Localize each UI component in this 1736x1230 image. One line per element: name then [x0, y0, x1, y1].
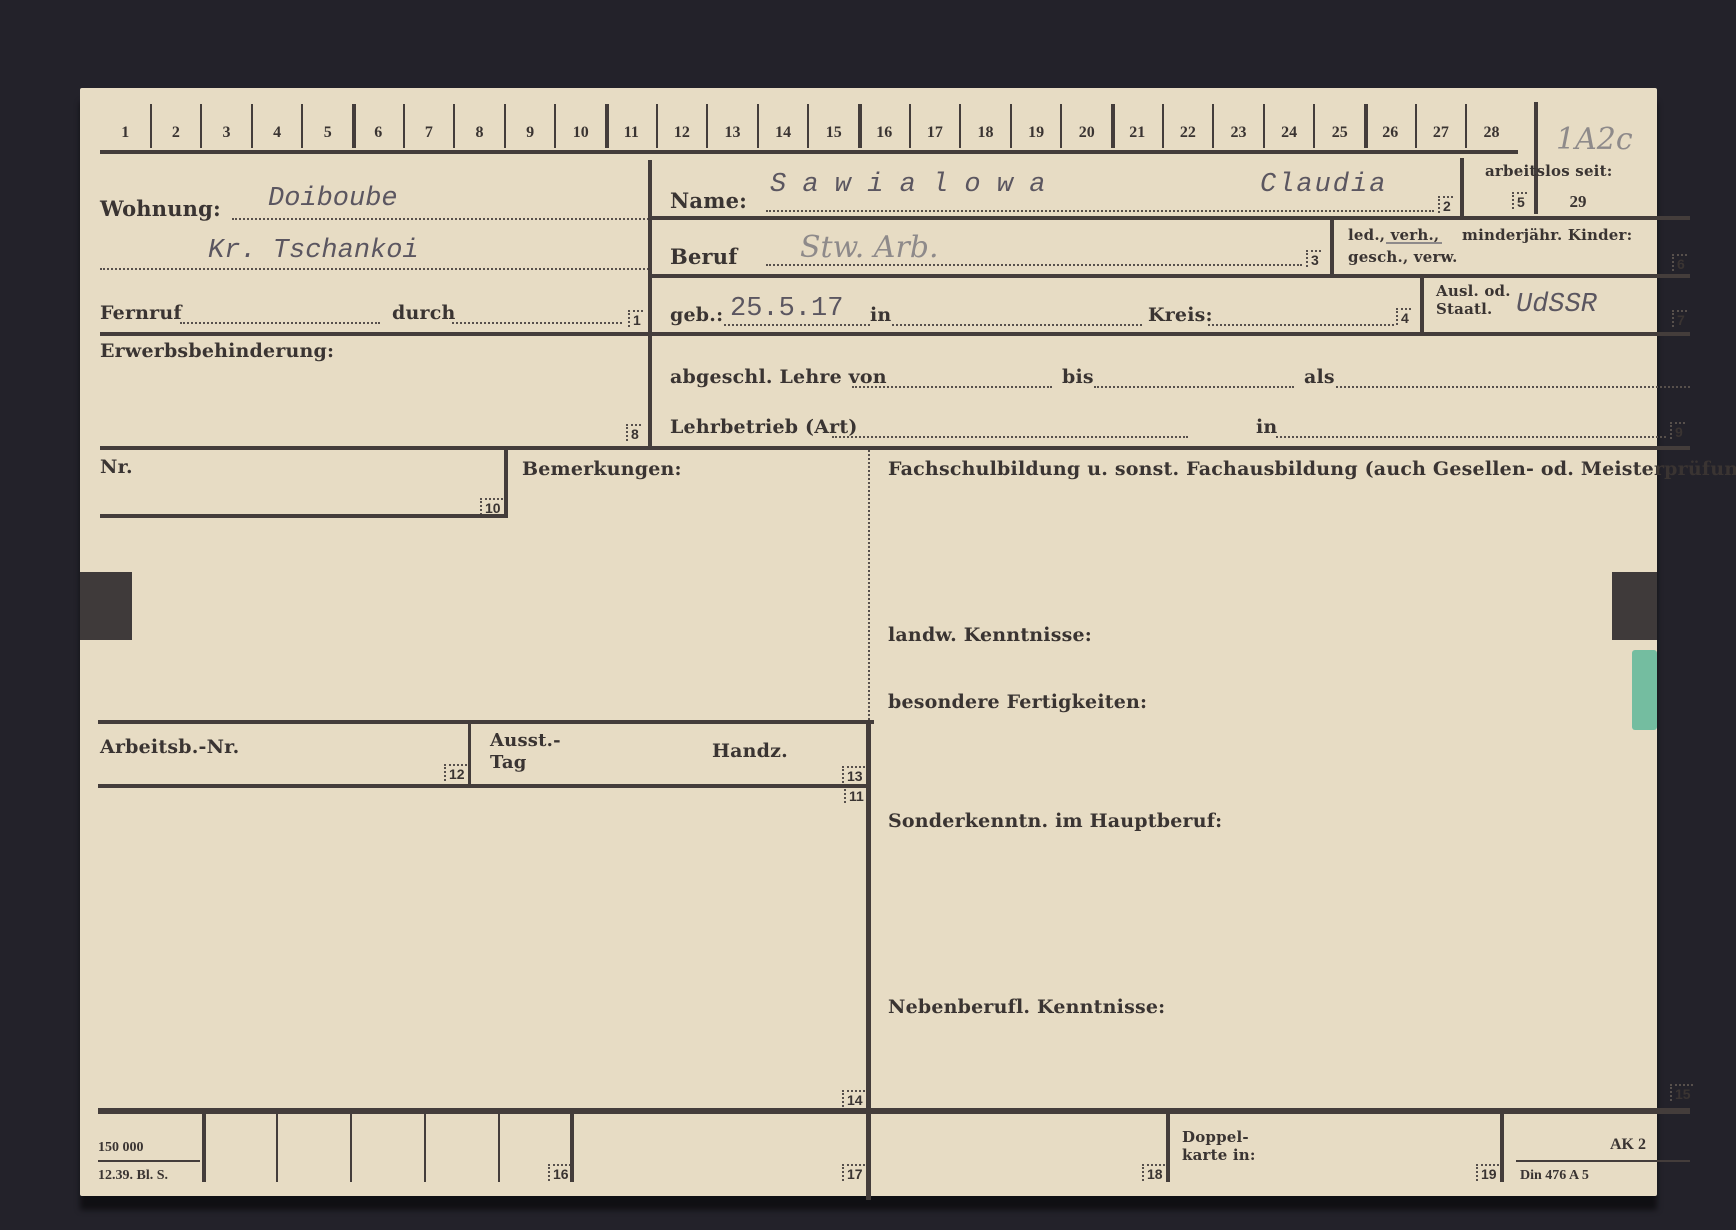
field-number-16: 16 [548, 1164, 571, 1181]
form-id-rule [1516, 1160, 1690, 1162]
form-id: AK 2 [1610, 1136, 1646, 1154]
footer-div-c [350, 1112, 352, 1182]
ruler-col-28: 28 [1466, 124, 1517, 142]
field-number-9: 9 [1670, 422, 1685, 439]
ruler-col-12: 12 [657, 124, 708, 142]
lehrbetrieb-in-line [1276, 436, 1666, 438]
name-line [766, 210, 1434, 212]
arbeitsb-label: Arbeitsb.-Nr. [100, 736, 239, 758]
upper-divider [648, 160, 652, 450]
ruler-col-25: 25 [1314, 124, 1365, 142]
ruler-col-3: 3 [201, 124, 252, 142]
fachschul-label: Fachschulbildung u. sonst. Fachausbildun… [888, 458, 1736, 480]
lehrbetrieb-label: Lehrbetrieb (Art) [670, 416, 858, 438]
durch-line [452, 322, 622, 324]
field-number-12: 12 [444, 764, 467, 781]
landw-label: landw. Kenntnisse: [888, 624, 1092, 646]
name-right-divider [1460, 158, 1464, 216]
beruf-label: Beruf [670, 244, 737, 269]
col29-number: 29 [1558, 192, 1598, 212]
kreis-label: Kreis: [1148, 304, 1213, 326]
name-firstname: Claudia [1260, 170, 1387, 200]
field-number-17: 17 [842, 1164, 865, 1181]
kinder-label: minderjähr. Kinder: [1462, 226, 1632, 244]
ruler-col-7: 7 [404, 124, 455, 142]
arbeitsb-top-line [98, 720, 874, 724]
nr-right-divider [504, 450, 508, 518]
ruler-col-5: 5 [302, 124, 353, 142]
arbeitsb-bottom-line [98, 784, 868, 788]
field-number-11: 11 [844, 786, 866, 803]
ruler-col-2: 2 [151, 124, 202, 142]
erwerbsbehinderung-label: Erwerbsbehinderung: [100, 340, 334, 362]
field-number-13: 13 [842, 766, 865, 783]
geb-in-label: in [870, 304, 891, 326]
ruler-col-11: 11 [606, 124, 657, 142]
besondere-label: besondere Fertigkeiten: [888, 691, 1147, 713]
ruler-col-21: 21 [1112, 124, 1163, 142]
staatl-label-1: Ausl. od. [1436, 282, 1511, 300]
ruler-col-9: 9 [505, 124, 556, 142]
staatl-label-2: Staatl. [1436, 300, 1492, 318]
field-number-18: 18 [1142, 1164, 1165, 1181]
wohnung-value-1: Doiboube [268, 184, 398, 214]
registration-card: 1234567891011121314151617181920212223242… [80, 88, 1657, 1196]
ausst-label-1: Ausst.- [490, 730, 561, 751]
verh-underline-pencil [1386, 242, 1442, 244]
footer-top-line [98, 1108, 1690, 1114]
name-label: Name: [670, 188, 747, 213]
left-black-tab [80, 572, 132, 640]
staatl-value: UdSSR [1516, 290, 1597, 320]
right-black-tab [1612, 572, 1657, 640]
field-number-4: 4 [1396, 308, 1411, 325]
field-number-15: 15 [1670, 1084, 1693, 1101]
field-number-19: 19 [1476, 1164, 1499, 1181]
kreis-line [1208, 324, 1394, 326]
ruler-col-13: 13 [707, 124, 758, 142]
print-run-rule [98, 1160, 200, 1162]
lehrbetrieb-line [832, 436, 1188, 438]
name-surname: S a w i a l o w a [770, 170, 1045, 200]
fernruf-label: Fernruf [100, 302, 182, 324]
geb-bottom-line [100, 332, 1690, 336]
footer-div-d [424, 1112, 426, 1182]
field-number-6: 6 [1672, 254, 1687, 271]
handz-label: Handz. [712, 740, 788, 762]
print-run: 150 000 [98, 1140, 144, 1156]
ruler-col-16: 16 [859, 124, 910, 142]
geb-in-line [892, 324, 1142, 326]
lehre-als-line [1336, 386, 1690, 388]
footer-div-e [498, 1112, 500, 1182]
print-code: 12.39. Bl. S. [98, 1168, 168, 1184]
wohnung-label: Wohnung: [100, 196, 221, 221]
doppelkarte-label-2: karte in: [1182, 1146, 1256, 1164]
fernruf-line [180, 322, 380, 324]
ruler-baseline [100, 150, 1518, 154]
durch-label: durch [392, 302, 456, 324]
ruler-col-24: 24 [1264, 124, 1315, 142]
din-code: Din 476 A 5 [1520, 1168, 1589, 1184]
footer-div-a [202, 1112, 206, 1182]
lehre-bis-line [1094, 386, 1294, 388]
beruf-value: Stw. Arb. [800, 230, 939, 265]
bemerkungen-label: Bemerkungen: [522, 458, 682, 480]
lehre-label: abgeschl. Lehre von [670, 366, 887, 388]
field-number-5: 5 [1512, 192, 1527, 209]
ruler-col-14: 14 [758, 124, 809, 142]
ruler-col-23: 23 [1213, 124, 1264, 142]
familienstand-line2: gesch., verw. [1348, 248, 1458, 266]
ruler-col-26: 26 [1365, 124, 1416, 142]
ruler-col-19: 19 [1011, 124, 1062, 142]
ruler-col-17: 17 [910, 124, 961, 142]
doppelkarte-label-1: Doppel- [1182, 1128, 1249, 1146]
field-number-10: 10 [480, 498, 503, 515]
field-number-3: 3 [1306, 250, 1321, 267]
footer-div-f [570, 1112, 574, 1182]
footer-div-b [276, 1112, 278, 1182]
field-number-2: 2 [1438, 196, 1453, 213]
col29-divider [1534, 102, 1538, 214]
beruf-bottom-line [648, 274, 1690, 278]
arbeitslos-label: arbeitslos seit: [1485, 162, 1612, 180]
nr-bottom-line [100, 514, 506, 518]
ruler-col-8: 8 [454, 124, 505, 142]
ruler-col-18: 18 [960, 124, 1011, 142]
ausst-label-2: Tag [490, 752, 527, 773]
field-number-8: 8 [626, 424, 641, 441]
name-bottom-line [648, 216, 1690, 220]
lehre-von-line [852, 386, 1052, 388]
footer-div-i [1500, 1112, 1504, 1182]
lehre-bis-label: bis [1062, 366, 1094, 388]
ruler-col-20: 20 [1061, 124, 1112, 142]
footer-div-g [866, 1112, 870, 1182]
ruler-col-1: 1 [100, 124, 151, 142]
corner-pencil-note: 1A2c [1556, 122, 1633, 157]
geb-right-divider [1420, 278, 1424, 334]
geb-value: 25.5.17 [730, 294, 843, 324]
beruf-right-divider [1330, 220, 1334, 276]
wohnung-line1 [232, 218, 649, 220]
ruler-col-15: 15 [808, 124, 859, 142]
geb-label: geb.: [670, 304, 723, 326]
nebenberufl-label: Nebenberufl. Kenntnisse: [888, 996, 1165, 1018]
wohnung-line2 [100, 268, 649, 270]
footer-div-h [1166, 1112, 1170, 1182]
ruler-col-22: 22 [1163, 124, 1214, 142]
lehre-bottom-line [100, 446, 1690, 450]
ruler-col-10: 10 [555, 124, 606, 142]
sonderkenntn-label: Sonderkenntn. im Hauptberuf: [888, 810, 1222, 832]
lehre-als-label: als [1304, 366, 1335, 388]
nr-label: Nr. [100, 456, 133, 478]
ruler-col-4: 4 [252, 124, 303, 142]
field-number-1: 1 [628, 310, 643, 327]
arbeitsb-mid-divider [468, 724, 471, 786]
ruler-col-27: 27 [1416, 124, 1467, 142]
ruler-col-6: 6 [353, 124, 404, 142]
field-number-14: 14 [842, 1090, 865, 1107]
green-marker-stroke [1632, 650, 1657, 730]
wohnung-value-2: Kr. Tschankoi [208, 236, 419, 266]
lehrbetrieb-in-label: in [1256, 416, 1277, 438]
geb-line [724, 324, 870, 326]
field-number-7: 7 [1672, 310, 1687, 327]
